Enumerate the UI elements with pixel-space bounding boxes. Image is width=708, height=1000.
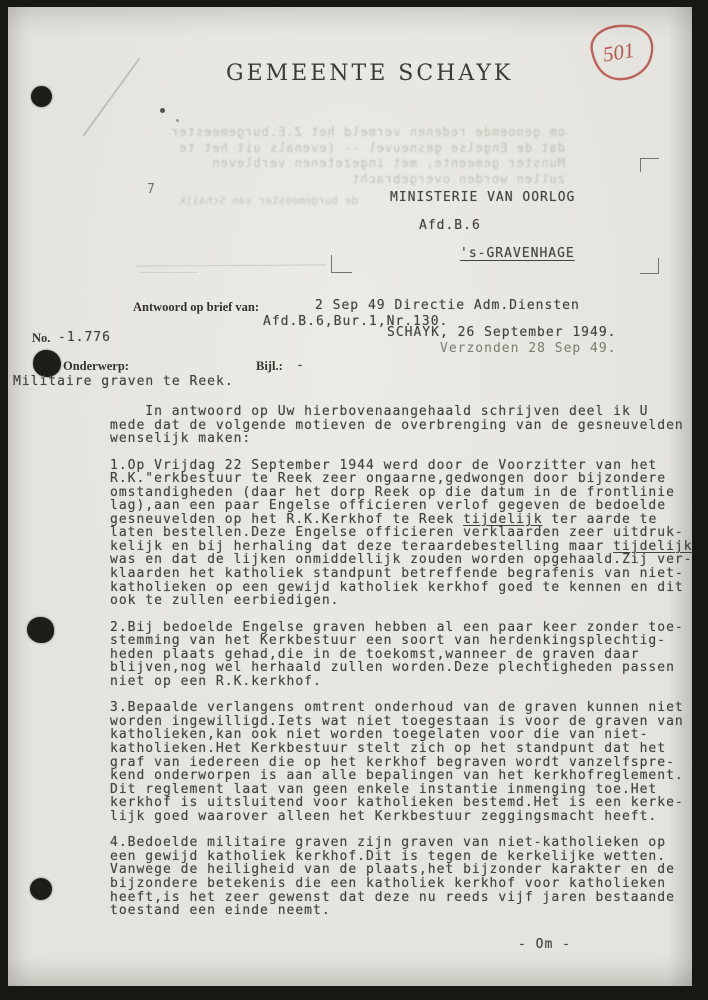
reply-to-label: Antwoord op brief van: xyxy=(133,300,259,315)
body-paragraph: 3.Bepaalde verlangens omtrent onderhoud … xyxy=(110,701,704,823)
body-line: niet op een R.K.kerkhof. xyxy=(110,675,704,689)
letter-body: In antwoord op Uw hierbovenaangehaald sc… xyxy=(110,405,704,931)
ink-speck xyxy=(160,108,165,113)
body-line: 1.Op Vrijdag 22 September 1944 werd door… xyxy=(110,459,704,473)
body-line: mede dat de volgende motieven de overbre… xyxy=(110,419,704,433)
body-line: gesneuvelden op het R.K.Kerkhof te Reek … xyxy=(110,513,704,527)
body-line: Dit reglement laat van geen enkele insta… xyxy=(110,783,704,797)
body-line: 3.Bepaalde verlangens omtrent onderhoud … xyxy=(110,701,704,715)
body-line: katholieken,kan ook niet worden toegelat… xyxy=(110,728,704,742)
body-line: 2.Bij bedoelde Engelse graven hebben al … xyxy=(110,621,704,635)
body-line: wenselijk maken: xyxy=(110,432,704,446)
place-and-date: SCHAYK, 26 September 1949. xyxy=(387,325,617,340)
body-line: kend onderworpen is aan alle bepalingen … xyxy=(110,769,704,783)
addressee-ministry: MINISTERIE VAN OORLOG xyxy=(390,190,575,205)
bleed-through-line: Munster gemeente, met ingezetenen verble… xyxy=(133,156,565,172)
addressee-city: 's-GRAVENHAGE xyxy=(460,246,575,261)
enclosure-label: Bijl.: xyxy=(256,359,283,374)
stamp-number: 501 xyxy=(601,38,636,67)
scan-background: 7 501 GEMEENTE SCHAYK om genoemde redene… xyxy=(0,0,708,1000)
municipality-title: GEMEENTE SCHAYK xyxy=(226,61,448,86)
body-line: graf van iedereen die op het kerkhof beg… xyxy=(110,756,704,770)
continuation-mark: - Om - xyxy=(518,937,571,952)
bleed-through-text: om genoemde redenen vermeld het Z.E.burg… xyxy=(133,125,565,187)
stamp-circle-icon: 501 xyxy=(576,19,664,87)
hole-punch xyxy=(30,878,52,900)
corner-mark-top-right xyxy=(640,158,659,172)
body-line: lijk goed waarover alleen het Kerkbestuu… xyxy=(110,810,704,824)
bleed-through-line: zullen worden overgebracht xyxy=(133,172,565,188)
body-line: Vanwege de heiligheid van de plaats,het … xyxy=(110,863,704,877)
body-line: laten bestellen.Deze Engelse officieren … xyxy=(110,526,704,540)
reply-to-value: 2 Sep 49 Directie Adm.Diensten xyxy=(315,298,580,313)
number-value: -1.776 xyxy=(58,330,111,345)
body-line: 4.Bedoelde militaire graven zijn graven … xyxy=(110,836,704,850)
body-line: een gewijd katholiek kerkhof.Dit is tege… xyxy=(110,850,704,864)
body-line: In antwoord op Uw hierbovenaangehaald sc… xyxy=(110,405,704,419)
body-line: worden ingewilligd.Iets wat niet toegest… xyxy=(110,715,704,729)
bleed-through-line: om genoemde redenen vermeld het Z.E.burg… xyxy=(133,125,565,141)
body-line: toestand een einde neemt. xyxy=(110,904,704,918)
bleed-through-line: de burgemeester van Schaijk xyxy=(148,194,358,207)
body-line: blijven,nog wel herhaald zullen worden.D… xyxy=(110,661,704,675)
body-paragraph: 1.Op Vrijdag 22 September 1944 werd door… xyxy=(110,459,704,608)
body-line: ook te zullen eerbiedigen. xyxy=(110,594,704,608)
body-paragraph: 2.Bij bedoelde Engelse graven hebben al … xyxy=(110,621,704,689)
body-line: heeft,is het zeer gewenst dat deze nu re… xyxy=(110,891,704,905)
body-line: lag),aan een paar Engelse officieren ver… xyxy=(110,499,704,513)
body-line: omstandigheden (daar het dorp Reek op di… xyxy=(110,486,704,500)
hole-punch xyxy=(27,617,54,643)
body-paragraph: In antwoord op Uw hierbovenaangehaald sc… xyxy=(110,405,704,446)
letter-paper: 7 501 GEMEENTE SCHAYK om genoemde redene… xyxy=(8,7,692,986)
page-number-stamp: 501 xyxy=(576,19,664,92)
bleed-through-line: dat de Engelse gesneuvel -- (evenals uit… xyxy=(133,141,565,157)
body-line: katholieken.Het Kerkbestuur stelt zich o… xyxy=(110,742,704,756)
sent-date: Verzonden 28 Sep 49. xyxy=(440,341,617,356)
body-line: klaarden het katholiek standpunt betreff… xyxy=(110,567,704,581)
body-line: katholieken op een gewijd katholiek kerk… xyxy=(110,581,704,595)
body-line: heden plaats gehad,die in de toekomst,wa… xyxy=(110,648,704,662)
enclosure-value: - xyxy=(296,358,305,373)
paper-crease xyxy=(82,58,140,137)
body-line: stemming van het Kerkbestuur een soort v… xyxy=(110,634,704,648)
corner-mark-bottom-right xyxy=(640,258,659,274)
hole-punch xyxy=(31,86,52,107)
subject-value: Militaire graven te Reek. xyxy=(13,374,234,389)
corner-mark-bottom-left xyxy=(331,255,352,273)
addressee-department: Afd.B.6 xyxy=(419,218,481,233)
faint-line xyxy=(136,264,326,266)
body-line: bijzondere betekenis die een katholiek k… xyxy=(110,877,704,891)
subject-label: Onderwerp: xyxy=(63,359,129,374)
ink-speck xyxy=(176,119,179,122)
body-line: kelijk en bij herhaling dat deze teraard… xyxy=(110,540,704,554)
body-line: R.K."erkbestuur te Reek zeer ongaarne,ge… xyxy=(110,472,704,486)
body-line: was en dat de lijken onmiddellijk zouden… xyxy=(110,553,704,567)
faint-line xyxy=(140,272,198,273)
number-label: No. xyxy=(32,331,50,346)
body-paragraph: 4.Bedoelde militaire graven zijn graven … xyxy=(110,836,704,917)
body-line: kerkhof is uitsluitend voor katholieken … xyxy=(110,796,704,810)
